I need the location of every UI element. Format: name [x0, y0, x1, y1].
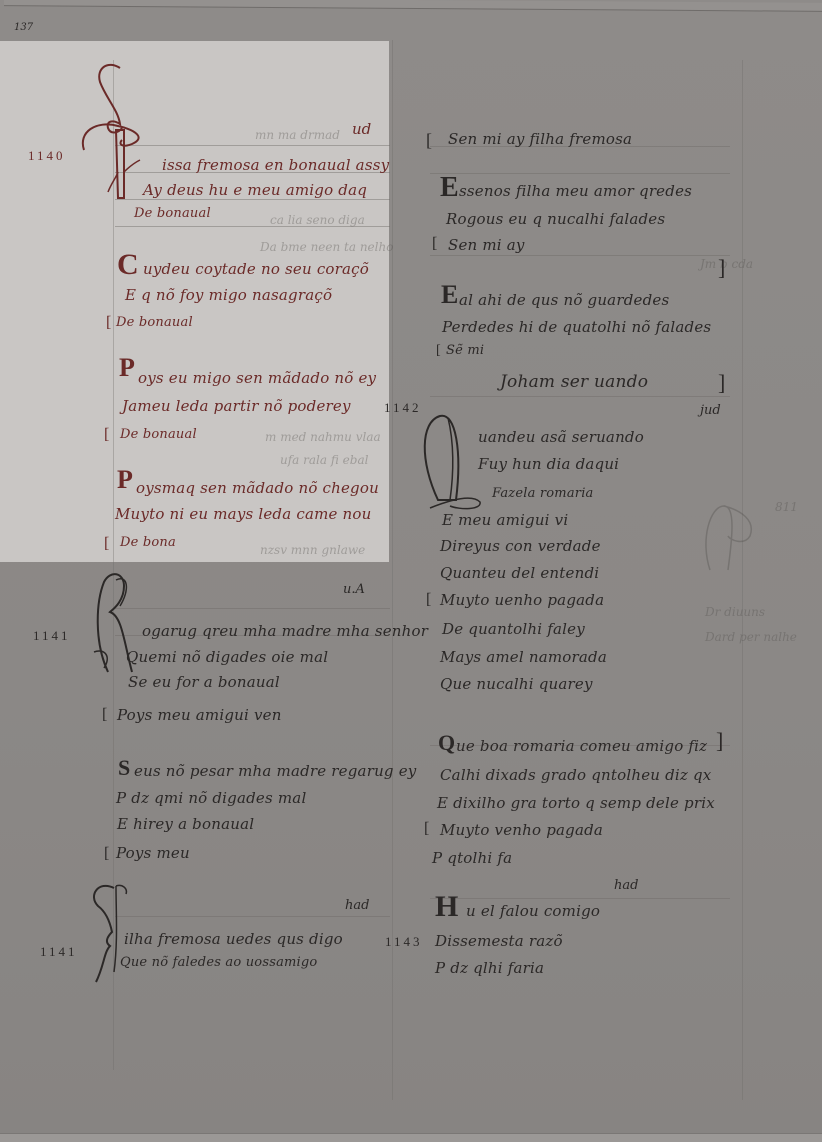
verse-line: P dz qmi nõ digades mal: [116, 789, 306, 807]
refrain-line: Sen mi ay: [448, 236, 525, 254]
poem-number: 1142: [384, 400, 422, 416]
verse-line: Calhi dixads grado qntolheu diz qx: [440, 766, 711, 784]
stanza-initial: S: [118, 755, 130, 781]
verse-line: P dz qlhi faria: [435, 959, 544, 977]
bleed-through-initial-icon: [700, 500, 760, 580]
ruling-line: [115, 608, 390, 609]
verse-line: Que nucalhi quarey: [440, 675, 593, 693]
bleed-through-text: m med nahmu vlaa: [265, 430, 381, 444]
corner-mark: 137: [14, 22, 33, 33]
verse-line: ilha fremosa uedes qus digo: [124, 930, 343, 948]
bleed-through-text: Jm b cda: [700, 257, 753, 271]
bleed-through-text: mn ma drmad: [255, 128, 340, 142]
margin-rule-right: [742, 60, 743, 1100]
refrain-line: Poys meu amigui ven: [117, 706, 282, 724]
refrain-bracket-icon: [: [426, 591, 431, 609]
bleed-through-text: Dr diuuns: [705, 605, 765, 619]
marginal-note: had: [345, 898, 369, 913]
verse-line: ue boa romaria comeu amigo fiz: [456, 737, 707, 755]
verse-line: Ay deus hu e meu amigo daq: [143, 181, 367, 199]
poem-number: 1140: [28, 148, 66, 164]
verse-line: Direyus con verdade: [440, 537, 601, 555]
verse-line: E hirey a bonaual: [117, 815, 254, 833]
page-bottom-edge: [0, 1133, 822, 1142]
verse-line: Rogous eu q nucalhi falades: [446, 210, 665, 228]
refrain-line: De bonaual: [116, 315, 193, 330]
verse-line: Quanteu del entendi: [440, 564, 599, 582]
verse-line: oys eu migo sen mãdado nõ ey: [138, 369, 376, 387]
refrain-line: Sẽ mi: [446, 343, 484, 358]
verse-line: ogarug qreu mha madre mha senhor: [142, 622, 428, 640]
stanza-initial: E: [440, 172, 459, 204]
end-bracket-icon: ]: [718, 255, 725, 281]
refrain-bracket-icon: [: [426, 130, 432, 151]
verse-line: E q nõ foy migo nasagraçõ: [125, 286, 332, 304]
refrain-bracket-icon: [: [106, 314, 111, 332]
verse-line: P qtolhi fa: [432, 849, 512, 867]
refrain-line: Sen mi ay filha fremosa: [448, 130, 632, 148]
poem-number: 1141: [33, 628, 71, 644]
ruling-line: [430, 255, 730, 256]
verse-line: Muyto ni eu mays leda came nou: [115, 505, 372, 523]
verse-line: Perdedes hi de quatolhi nõ falades: [442, 318, 711, 336]
bleed-through-text: ca lia seno diga: [270, 213, 365, 227]
poem-number: 1143: [385, 934, 423, 950]
refrain-line: Muyto uenho pagada: [440, 591, 604, 609]
stanza-initial: C: [117, 248, 139, 282]
verse-line: Fazela romaria: [492, 486, 594, 501]
bleed-through-text: nzsv mnn gnlawe: [260, 543, 365, 557]
verse-line: Jameu leda partir nõ poderey: [122, 397, 351, 415]
bleed-through-text: 811: [775, 500, 798, 514]
refrain-bracket-icon: [: [424, 820, 429, 838]
bleed-through-text: ufa rala fi ebal: [280, 453, 368, 467]
verse-line: Dissemesta razõ: [435, 932, 563, 950]
stanza-initial: H: [435, 890, 458, 924]
verse-line: Mays amel namorada: [440, 648, 607, 666]
page-top-edge: [4, 0, 822, 12]
verse-line: uydeu coytade no seu coraçõ: [143, 260, 369, 278]
verse-line: E dixilho gra torto q semp dele prix: [437, 794, 715, 812]
verse-line: uandeu asã seruando: [478, 428, 644, 446]
verse-line: De quantolhi faley: [442, 620, 585, 638]
stanza-initial: Q: [438, 730, 455, 756]
ruling-line: [430, 173, 730, 174]
author-rubric: Joham ser uando: [500, 372, 648, 392]
marginal-note: ud: [352, 120, 371, 138]
verse-line: Quemi nõ digades oie mal: [126, 648, 328, 666]
end-bracket-icon: ]: [718, 370, 725, 396]
refrain-bracket-icon: [: [104, 535, 109, 553]
verse-line: issa fremosa en bonaual assy: [162, 156, 389, 174]
verse-line: E meu amigui vi: [442, 511, 568, 529]
ruling-line: [430, 396, 730, 397]
ruling-line: [115, 916, 390, 917]
verse-line: eus nõ pesar mha madre regarug ey: [134, 762, 416, 780]
stanza-initial: E: [441, 280, 458, 310]
refrain-bracket-icon: [: [436, 343, 441, 359]
bleed-through-text: Da bme neen ta nelho: [260, 240, 393, 254]
verse-line: oysmaq sen mãdado nõ chegou: [136, 479, 379, 497]
manuscript-page: mn ma drmad ca lia seno diga Da bme neen…: [0, 0, 822, 1142]
refrain-bracket-icon: [: [104, 426, 109, 444]
ruling-line: [430, 898, 730, 899]
marginal-note: u.A: [343, 582, 365, 597]
verse-line: Fuy hun dia daqui: [478, 455, 619, 473]
marginal-note: jud: [700, 403, 721, 418]
marginal-note: had: [614, 878, 638, 893]
refrain-bracket-icon: [: [104, 845, 109, 863]
verse-line: Que nõ faledes ao uossamigo: [120, 955, 317, 970]
refrain-bracket-icon: [: [102, 706, 107, 724]
refrain-bracket-icon: [: [432, 235, 437, 253]
refrain-line: Poys meu: [116, 844, 190, 862]
end-bracket-icon: ]: [716, 728, 723, 754]
stanza-initial: P: [117, 465, 133, 495]
refrain-line: De bonaual: [134, 206, 211, 221]
verse-line: ssenos filha meu amor qredes: [459, 182, 692, 200]
stanza-initial: P: [119, 353, 135, 383]
refrain-line: De bonaual: [120, 427, 197, 442]
poem-number: 1141: [40, 944, 78, 960]
verse-line: u el falou comigo: [466, 902, 600, 920]
refrain-line: Muyto venho pagada: [440, 821, 603, 839]
verse-line: al ahi de qus nõ guardedes: [459, 291, 669, 309]
verse-line: Se eu for a bonaual: [128, 673, 280, 691]
refrain-line: De bona: [120, 535, 176, 550]
bleed-through-text: Dard per nalhe: [705, 630, 797, 644]
